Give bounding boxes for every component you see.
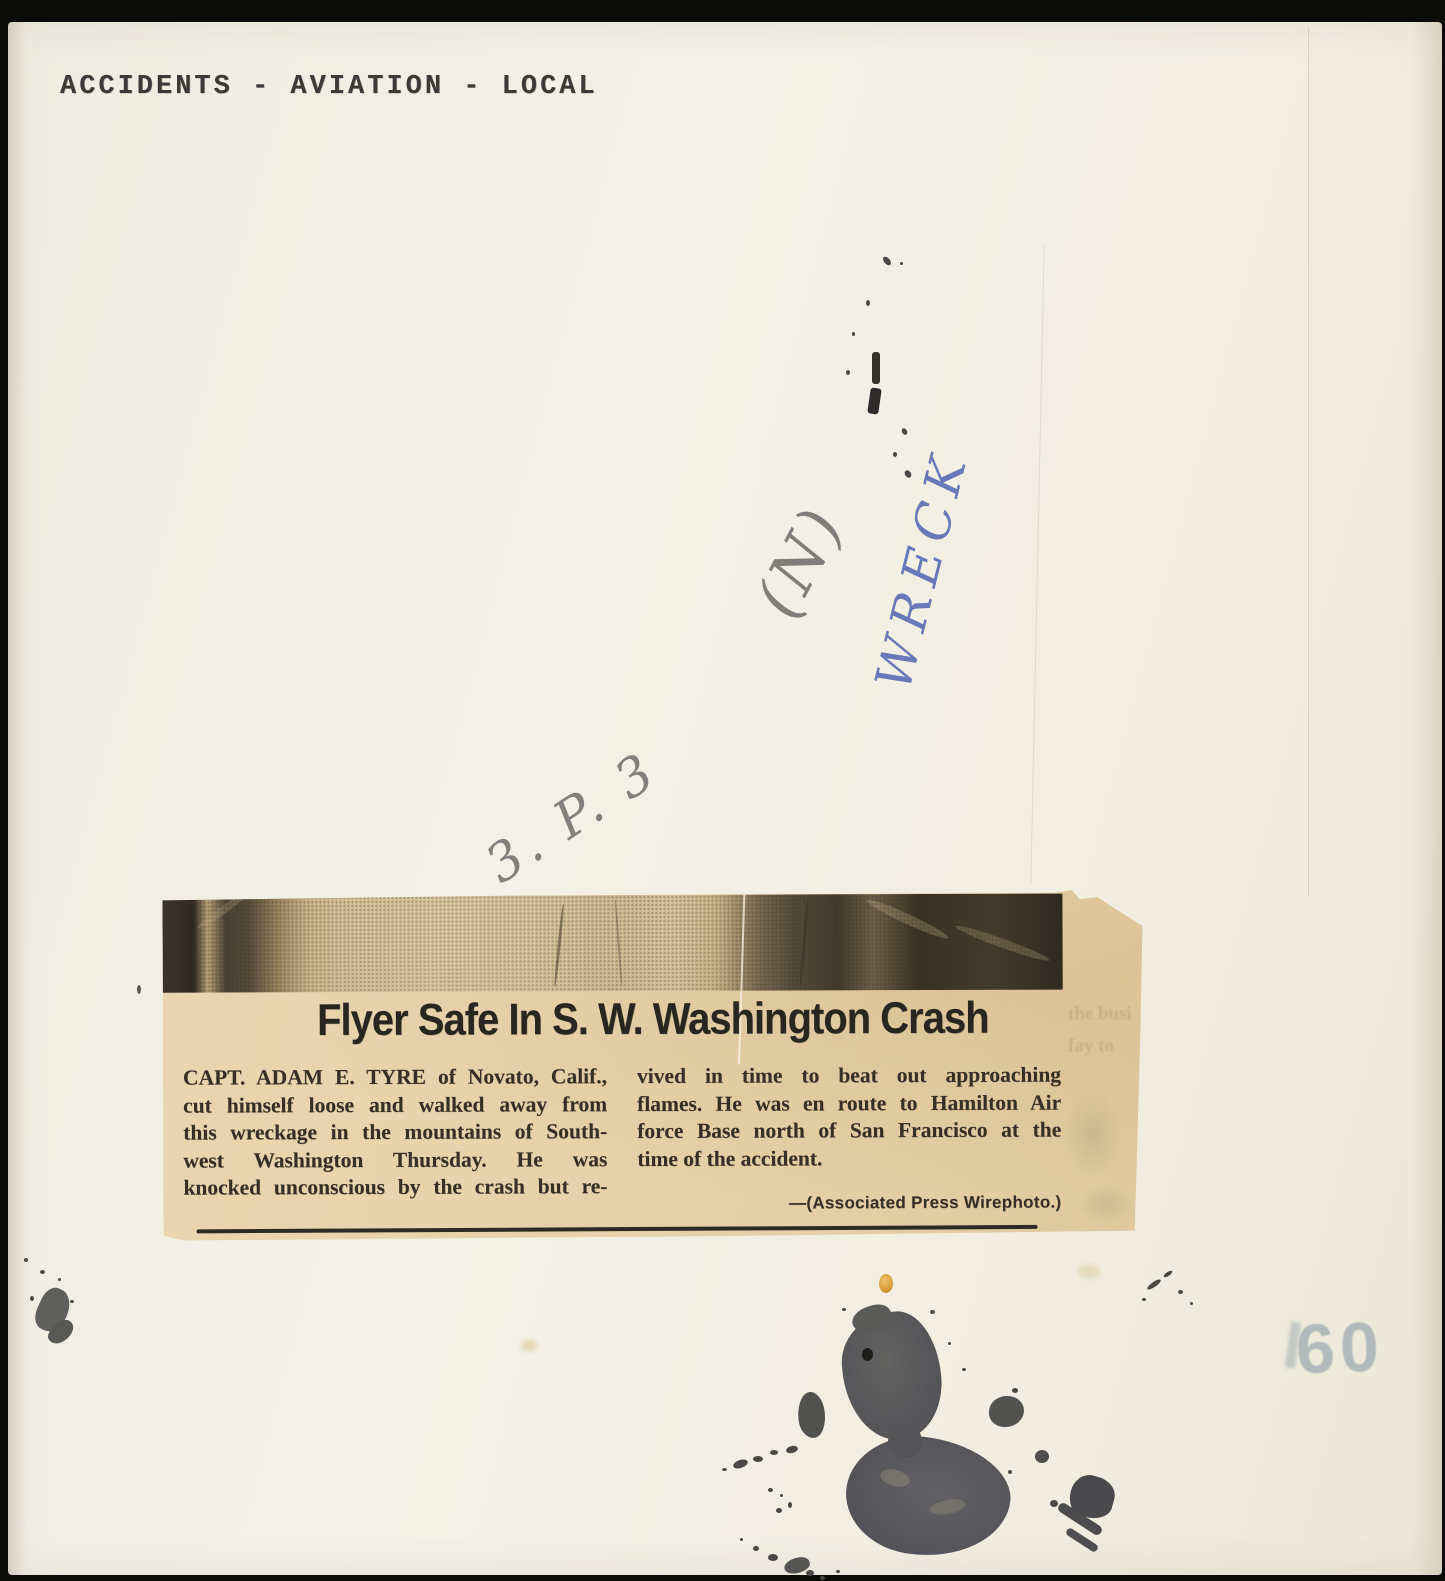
ink-speck	[776, 1508, 782, 1513]
ink-speck	[768, 1554, 778, 1561]
ink-speck	[1008, 1470, 1012, 1474]
ink-speck	[40, 1270, 45, 1274]
pencil-speck	[846, 370, 850, 375]
caption-line: west Washington Thursday. He was	[183, 1146, 607, 1175]
scanned-photo-back: ACCIDENTS - AVIATION - LOCAL (N) WRECK 3…	[0, 0, 1445, 1581]
ink-speck	[58, 1278, 61, 1281]
ink-speck	[836, 1570, 840, 1573]
ink-speck	[70, 1300, 74, 1303]
ink-speck	[740, 1538, 743, 1541]
caption-line: knocked unconscious by the crash but re-	[183, 1174, 607, 1203]
ink-speck	[962, 1368, 966, 1371]
ghost-smudge	[1078, 1184, 1133, 1224]
ink-speck	[1012, 1388, 1018, 1393]
ink-speck	[1178, 1290, 1183, 1294]
ink-speck	[842, 1308, 846, 1311]
caption-line: this wreckage in the mountains of South-	[183, 1118, 607, 1147]
photo-back-paper	[8, 22, 1442, 1575]
pencil-speck	[137, 985, 141, 994]
ink-speck	[768, 1488, 773, 1492]
ghost-text: fay to	[1068, 1035, 1114, 1057]
clipping-photo-strip	[162, 894, 1062, 993]
ink-speck	[1142, 1298, 1146, 1301]
photo-detail-stroke	[799, 900, 809, 986]
pencil-dash	[872, 352, 880, 384]
ink-blot	[888, 1424, 922, 1458]
photo-light-streak	[865, 896, 951, 943]
news-clipping: Flyer Safe In S. W. Washington Crash CAP…	[162, 889, 1143, 1242]
pencil-speck	[866, 300, 870, 306]
pencil-speck	[893, 452, 897, 457]
caption-column-2: vived in time to beat out approaching fl…	[637, 1062, 1062, 1218]
caption-line: flames. He was en route to Hamilton Air	[637, 1089, 1061, 1118]
paper-crease	[1308, 28, 1309, 896]
ink-speck	[1190, 1302, 1193, 1305]
ink-blot	[1035, 1450, 1049, 1463]
ink-speck	[1050, 1500, 1058, 1507]
ink-speck	[30, 1296, 34, 1301]
category-label: ACCIDENTS - AVIATION - LOCAL	[60, 72, 598, 102]
caption-line: vived in time to beat out approaching	[637, 1062, 1061, 1091]
ink-speck	[753, 1546, 759, 1551]
yellow-stain	[1078, 1264, 1100, 1279]
photo-detail-stroke	[614, 899, 622, 987]
caption-line: CAPT. ADAM E. TYRE of Novato, Calif.,	[183, 1063, 607, 1092]
ink-speck	[820, 1576, 825, 1580]
caption-line: time of the accident.	[637, 1144, 1061, 1173]
stamp-number: 60	[1295, 1306, 1386, 1389]
ink-speck	[780, 1494, 783, 1497]
yellow-stain	[521, 1340, 537, 1351]
caption-column-1: CAPT. ADAM E. TYRE of Novato, Calif., cu…	[183, 1063, 607, 1202]
ink-blot-dark-spot	[862, 1348, 873, 1361]
ghost-text: the busi	[1068, 1003, 1132, 1025]
ink-speck	[788, 1502, 792, 1508]
clipping-headline: Flyer Safe In S. W. Washington Crash	[225, 992, 1080, 1046]
ink-speck	[930, 1310, 935, 1314]
ink-speck	[770, 1450, 778, 1455]
ink-speck	[948, 1342, 951, 1345]
wirephoto-credit: —(Associated Press Wirephoto.)	[637, 1189, 1061, 1218]
pencil-speck	[900, 262, 903, 265]
ink-speck	[24, 1258, 28, 1262]
photo-light-streak	[954, 922, 1051, 964]
pencil-speck	[852, 332, 855, 336]
caption-line: cut himself loose and walked away from	[183, 1091, 607, 1120]
ink-speck	[722, 1468, 727, 1471]
photo-detail-stroke	[553, 903, 564, 987]
clipping-bottom-rule	[197, 1225, 1038, 1233]
ghost-smudge	[1063, 1089, 1123, 1179]
caption-line: force Base north of San Francisco at the	[637, 1117, 1061, 1146]
ink-speck	[806, 1570, 814, 1576]
orange-ink-dot	[879, 1274, 893, 1293]
ink-speck	[753, 1456, 763, 1462]
